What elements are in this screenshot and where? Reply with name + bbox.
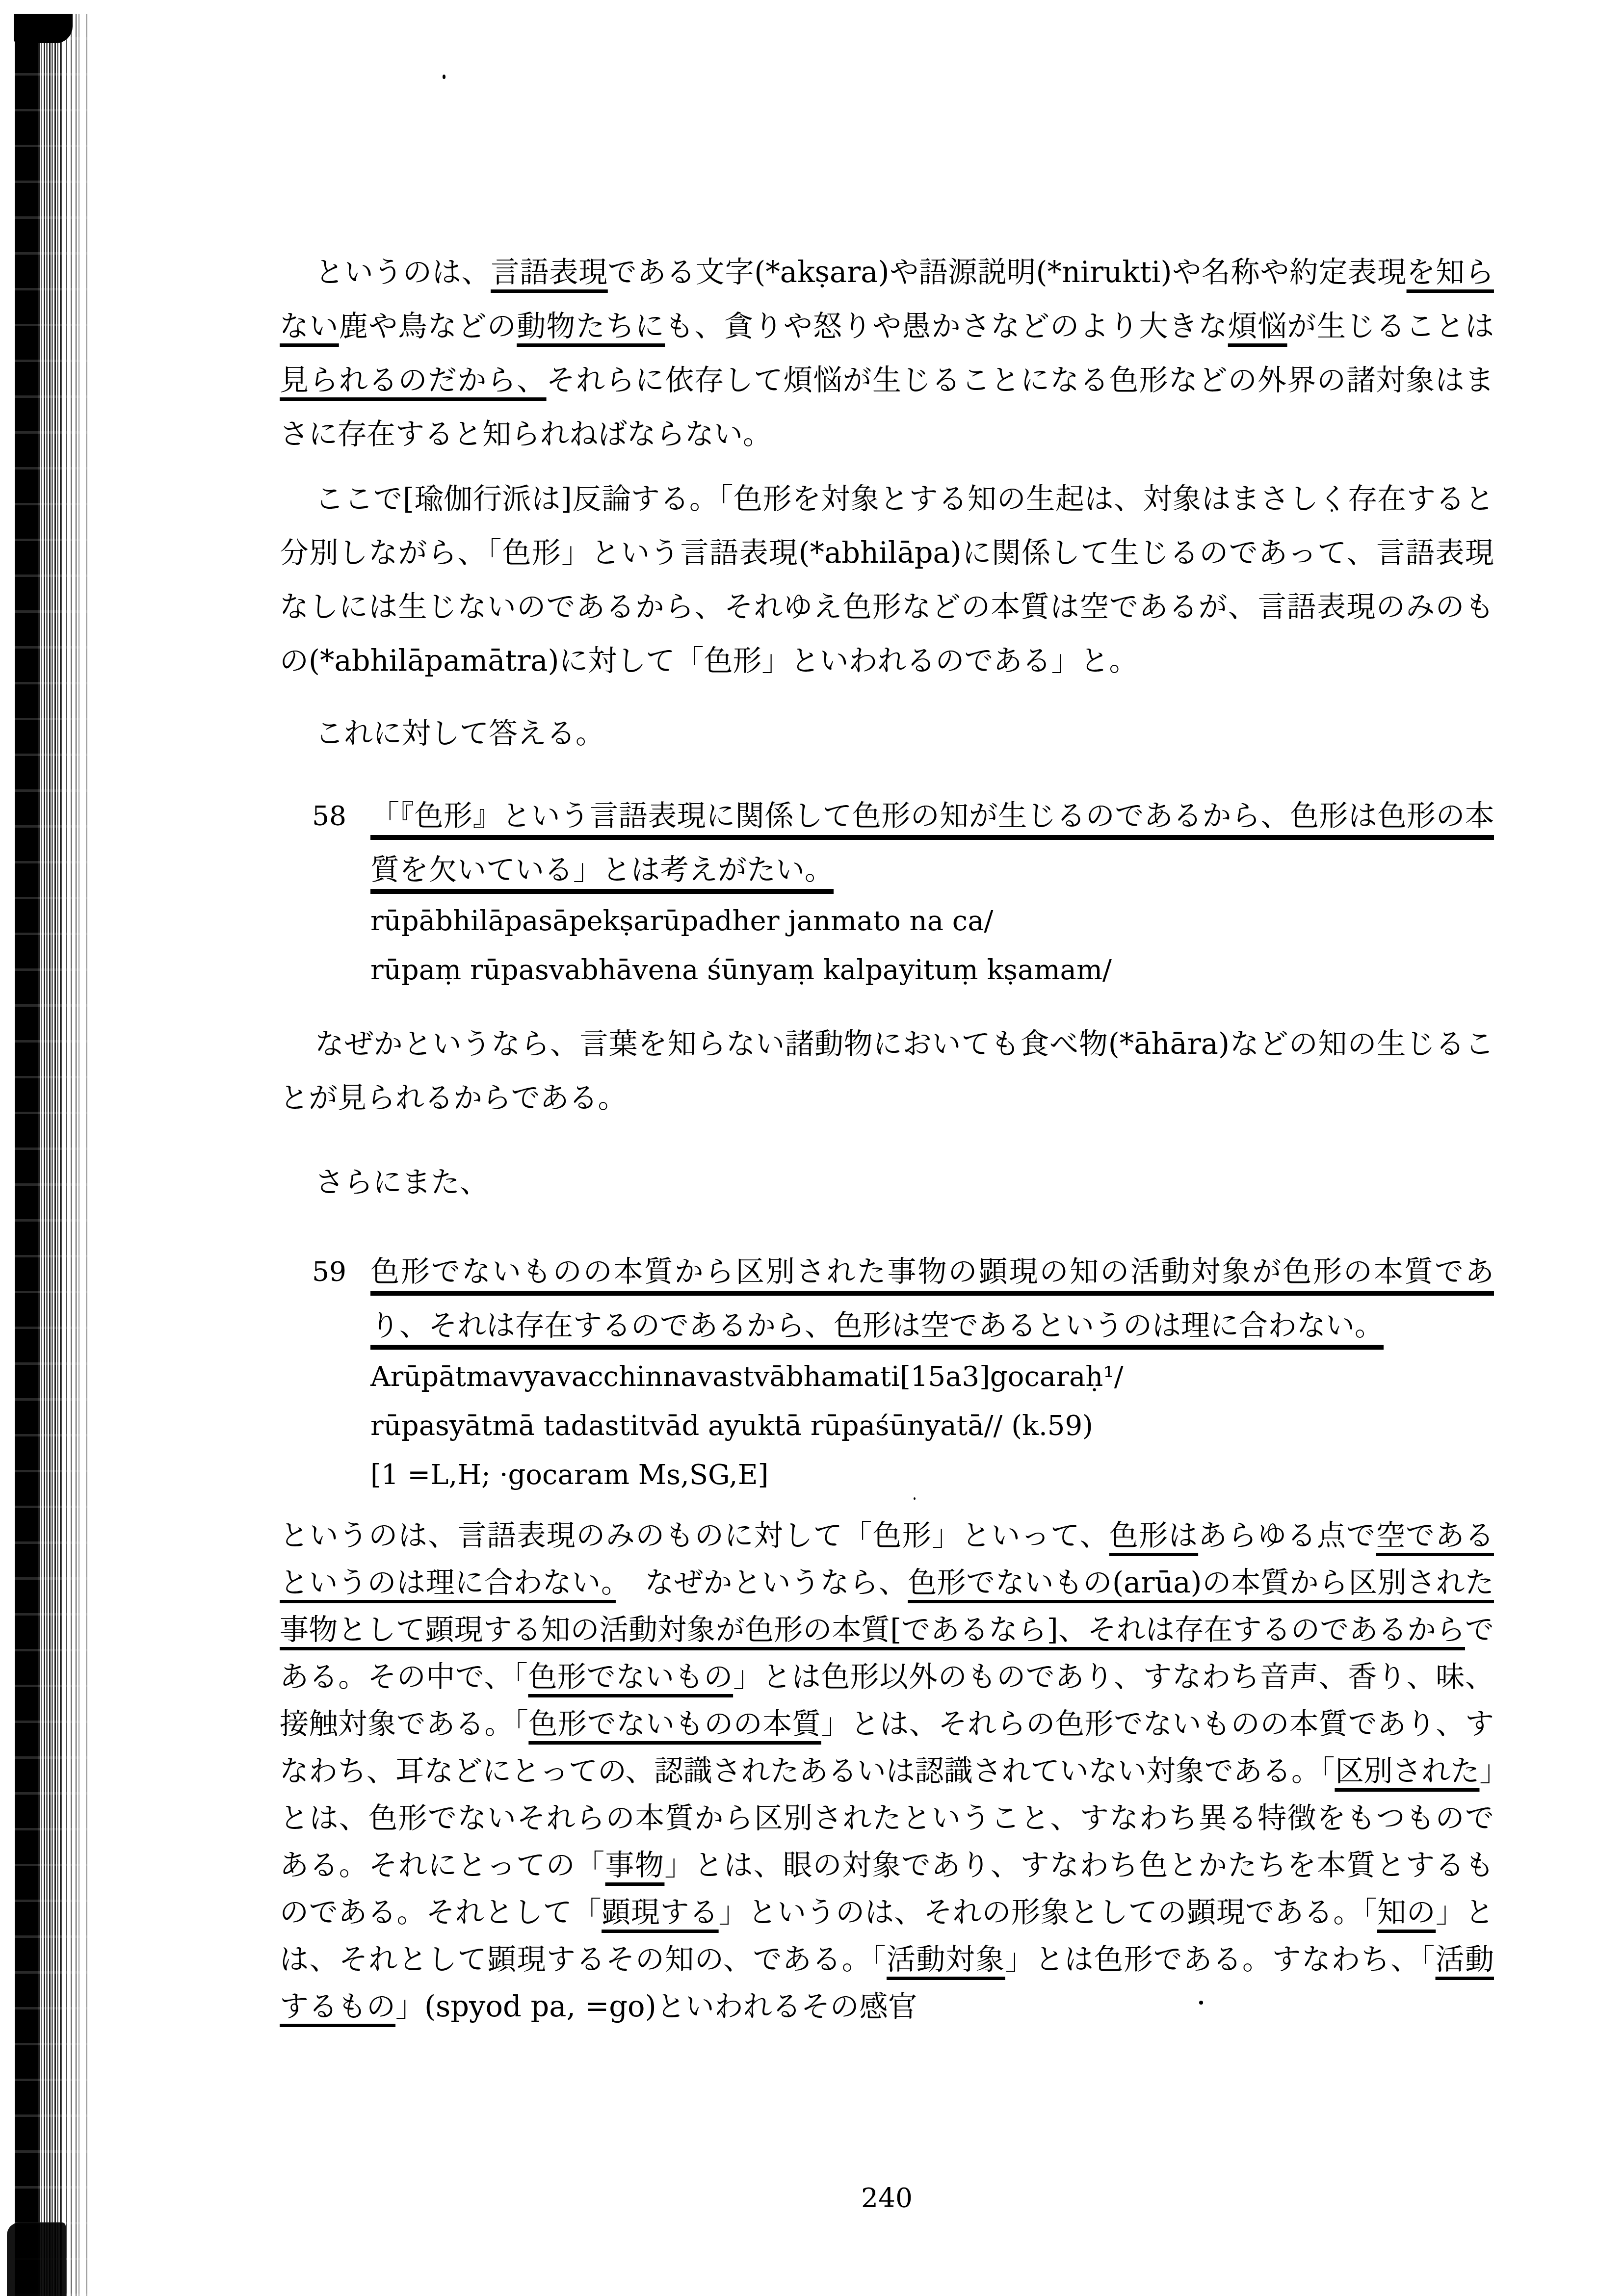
verse-59: 59 色形でないものの本質から区別された事物の顕現の知の活動対象が色形の本質であ… (280, 1245, 1494, 1500)
text-run: 」(spyod pa, =go)といわれるその感官 (395, 1989, 917, 2023)
text-run: さらにまた、 (315, 1165, 489, 1199)
underlined-text-run: 色形でないものの本質から区別された事物の顕現の知の活動対象が色形の本質であり、そ… (370, 1254, 1494, 1342)
verse-58: 58 「『色形』という言語表現に関係して色形の知が生じるのであるから、色形は色形… (280, 789, 1494, 995)
binding-shadow-edge (0, 14, 91, 2296)
underlined-text-run: 活動対象 (887, 1942, 1005, 1976)
underlined-text-run: 「『色形』という言語表現に関係して色形の知が生じるのであるから、色形は色形の本質… (370, 799, 1494, 887)
text-run: も、貪りや怒りや愚かさなどのより大きな (665, 309, 1228, 343)
verse-58-sanskrit-line-1: rūpābhilāpasāpekṣarūpadher janmato na ca… (370, 897, 1494, 946)
text-run: 」とは色形である。すなわち、「 (1005, 1942, 1436, 1976)
underlined-text-run: 事物 (605, 1848, 665, 1882)
text-run: あらゆる点で (1198, 1518, 1376, 1552)
underlined-text-run: 色形でないものの本質 (528, 1707, 821, 1741)
underlined-text-run: 煩悩 (1228, 309, 1287, 343)
text-block: というのは、言語表現である文字(*akṣara)や語源説明(*nirukti)や… (280, 245, 1494, 2030)
text-run: なぜかというなら、言葉を知らない諸動物においても食べ物(*āhāra)などの知の… (280, 1027, 1494, 1115)
text-run: が生じることは (1287, 309, 1494, 343)
text-run: 」というのは、それの形象としての顕現である。「 (719, 1895, 1377, 1929)
verse-59-sanskrit-line-2: rūpasyātmā tadastitvād ayuktā rūpaśūnyat… (370, 1402, 1494, 1451)
verse-59-sanskrit-line-1: Arūpātmavyavacchinnavastvābhamati[15a3]g… (370, 1353, 1494, 1402)
text-run: これに対して答える。 (315, 716, 604, 750)
verse-59-apparatus-note: [1 =L,H; ·gocaram Ms,SG,E] (370, 1451, 1494, 1500)
underlined-text-run: 色形でないもの (528, 1660, 733, 1694)
verse-58-heading: 「『色形』という言語表現に関係して色形の知が生じるのであるから、色形は色形の本質… (370, 789, 1494, 897)
underlined-text-run: 顕現する (602, 1895, 719, 1929)
text-run: というのは、 (315, 255, 491, 289)
text-run: 鹿や鳥などの (339, 309, 517, 343)
underlined-text-run: 動物たちに (517, 309, 665, 343)
paragraph-1: というのは、言語表現である文字(*akṣara)や語源説明(*nirukti)や… (280, 245, 1494, 461)
scanned-page: というのは、言語表現である文字(*akṣara)や語源説明(*nirukti)や… (0, 0, 1624, 2296)
paragraph-4: なぜかというなら、言葉を知らない諸動物においても食べ物(*āhāra)などの知の… (280, 1017, 1494, 1125)
underlined-text-run: 色形は (1109, 1518, 1198, 1552)
underlined-text-run: 区別された (1335, 1754, 1479, 1788)
paragraph-6: というのは、言語表現のみのものに対して「色形」といって、色形はあらゆる点で空であ… (280, 1512, 1494, 2030)
underlined-text-run: 知の (1377, 1895, 1436, 1929)
paragraph-3: これに対して答える。 (280, 706, 1494, 760)
scan-speck (443, 75, 445, 79)
paragraph-5: さらにまた、 (280, 1155, 1494, 1209)
text-run: ここで[瑜伽行派は]反論する。「色形を対象とする知の生起は、対象はまさしく存在す… (280, 482, 1494, 678)
verse-58-sanskrit-line-2: rūpaṃ rūpasvabhāvena śūnyaṃ kalpayituṃ k… (370, 946, 1494, 995)
verse-58-number: 58 (312, 789, 346, 843)
paragraph-2: ここで[瑜伽行派は]反論する。「色形を対象とする知の生起は、対象はまさしく存在す… (280, 472, 1494, 688)
text-run: というのは、言語表現のみのものに対して「色形」といって、 (280, 1518, 1109, 1552)
text-run: なぜかというなら、 (616, 1565, 908, 1599)
verse-59-number: 59 (312, 1245, 346, 1299)
underlined-text-run: 言語表現 (491, 255, 608, 289)
text-run: である文字(*akṣara)や語源説明(*nirukti)や名称や約定表現 (608, 255, 1407, 289)
verse-59-heading: 色形でないものの本質から区別された事物の顕現の知の活動対象が色形の本質であり、そ… (370, 1245, 1494, 1353)
page-number: 240 (280, 2182, 1494, 2214)
underlined-text-run: 見られるのだから、 (280, 363, 547, 397)
